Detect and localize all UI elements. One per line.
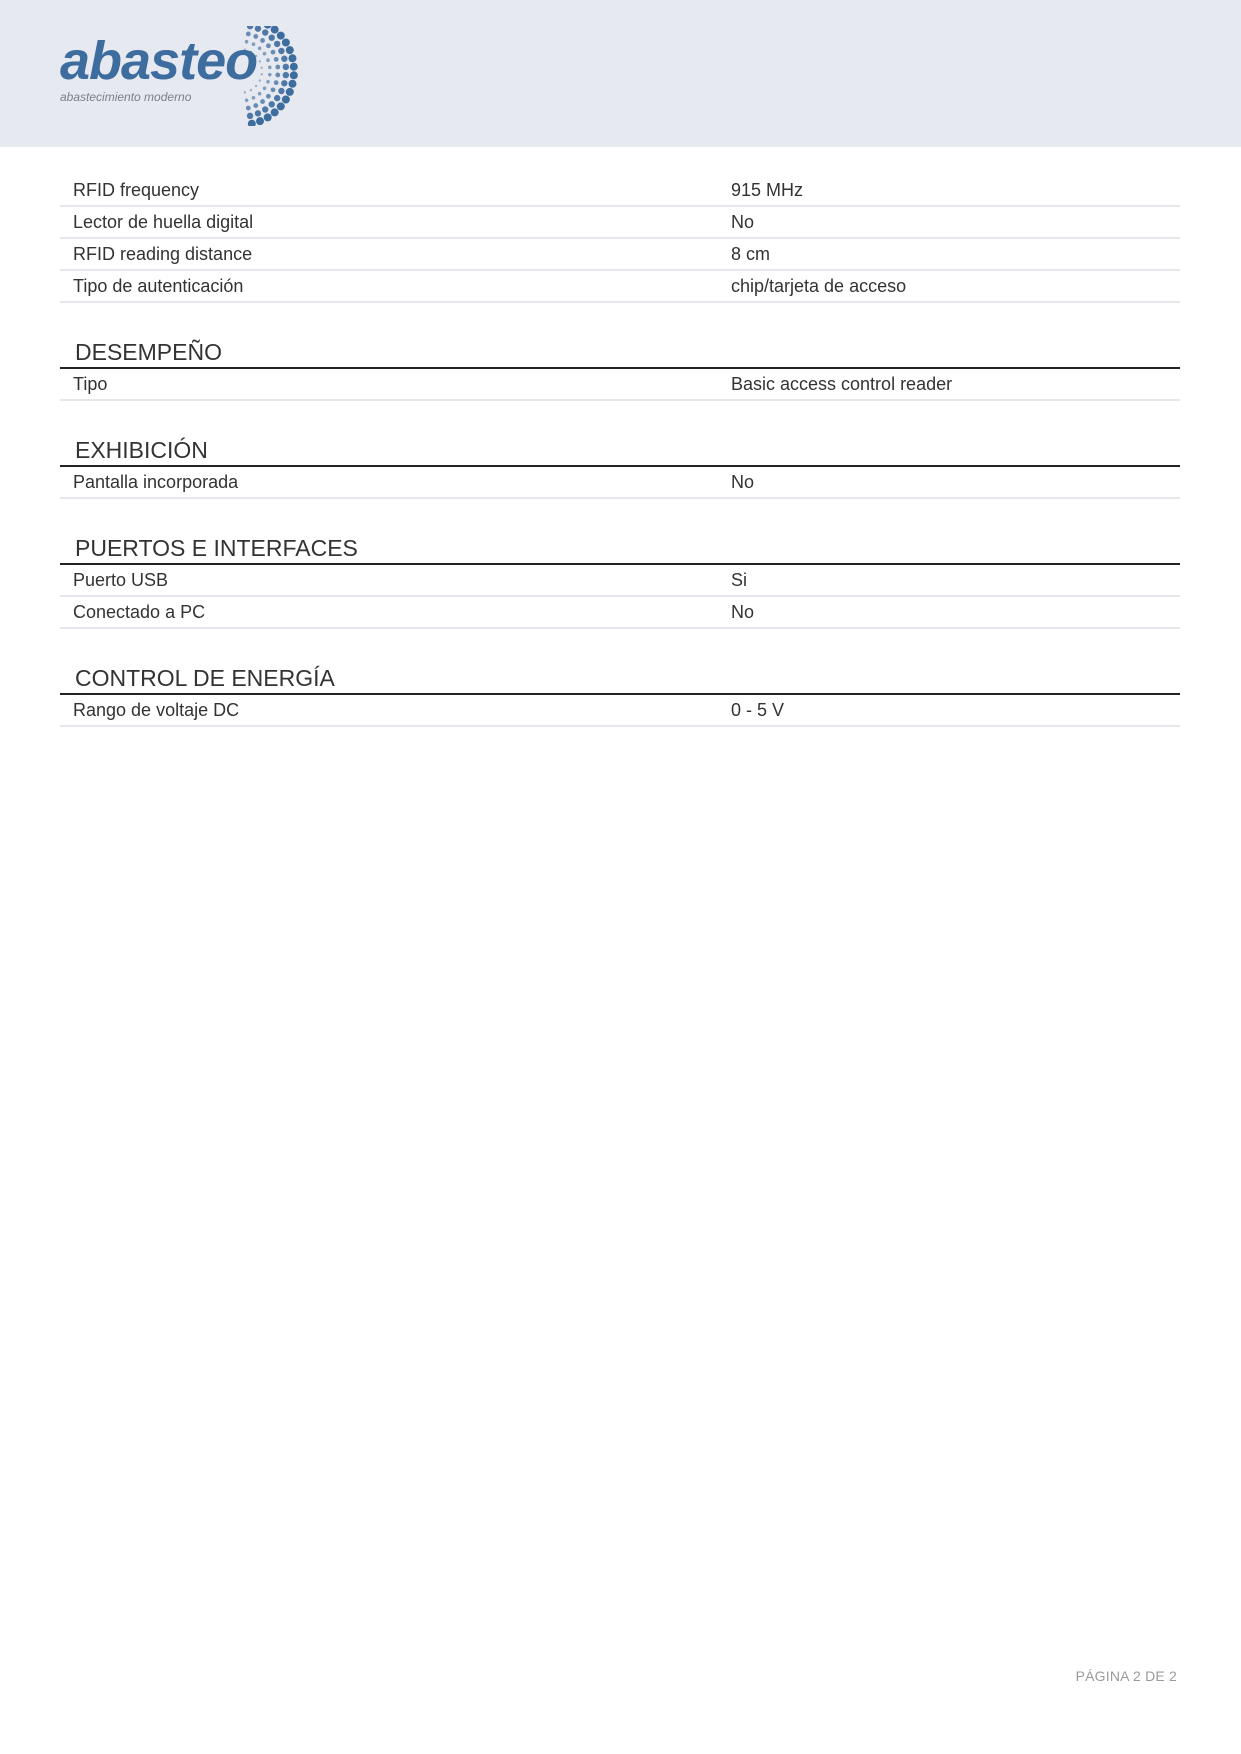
spec-row: RFID reading distance8 cm: [60, 239, 1180, 271]
spec-value: No: [731, 472, 1180, 493]
spec-sections: DESEMPEÑOTipoBasic access control reader…: [60, 337, 1180, 727]
spec-row: Conectado a PCNo: [60, 597, 1180, 629]
spec-row: Lector de huella digitalNo: [60, 207, 1180, 239]
spec-value: 0 - 5 V: [731, 700, 1180, 721]
spec-value: chip/tarjeta de acceso: [731, 276, 1180, 297]
spec-label: Rango de voltaje DC: [60, 700, 731, 721]
spec-value: Si: [731, 570, 1180, 591]
spec-section: CONTROL DE ENERGÍARango de voltaje DC0 -…: [60, 663, 1180, 727]
spec-row: Pantalla incorporadaNo: [60, 467, 1180, 499]
spec-label: Tipo: [60, 374, 731, 395]
page-number: PÁGINA 2 DE 2: [1076, 1668, 1177, 1684]
spec-value: No: [731, 602, 1180, 623]
spec-section: EXHIBICIÓNPantalla incorporadaNo: [60, 435, 1180, 499]
spec-sheet: RFID frequency915 MHzLector de huella di…: [60, 175, 1180, 727]
section-title: CONTROL DE ENERGÍA: [60, 663, 1180, 695]
section-title: DESEMPEÑO: [60, 337, 1180, 369]
spec-row: TipoBasic access control reader: [60, 369, 1180, 401]
section-title: EXHIBICIÓN: [60, 435, 1180, 467]
spec-value: Basic access control reader: [731, 374, 1180, 395]
spec-row: Rango de voltaje DC0 - 5 V: [60, 695, 1180, 727]
header-band: abasteo abastecimiento moderno: [0, 0, 1241, 147]
spec-label: Tipo de autenticación: [60, 276, 731, 297]
spec-row: Puerto USBSi: [60, 565, 1180, 597]
dotted-sunburst-logo-icon: [210, 26, 310, 126]
spec-row: Tipo de autenticaciónchip/tarjeta de acc…: [60, 271, 1180, 303]
spec-label: RFID reading distance: [60, 244, 731, 265]
spec-table-intro: RFID frequency915 MHzLector de huella di…: [60, 175, 1180, 303]
logo-tagline: abastecimiento moderno: [60, 90, 191, 104]
brand-logo: abasteo abastecimiento moderno: [60, 26, 300, 126]
spec-label: Pantalla incorporada: [60, 472, 731, 493]
spec-value: 915 MHz: [731, 180, 1180, 201]
spec-section: DESEMPEÑOTipoBasic access control reader: [60, 337, 1180, 401]
spec-value: No: [731, 212, 1180, 233]
spec-label: RFID frequency: [60, 180, 731, 201]
spec-value: 8 cm: [731, 244, 1180, 265]
spec-label: Lector de huella digital: [60, 212, 731, 233]
spec-section: PUERTOS E INTERFACESPuerto USBSiConectad…: [60, 533, 1180, 629]
section-title: PUERTOS E INTERFACES: [60, 533, 1180, 565]
spec-label: Conectado a PC: [60, 602, 731, 623]
spec-row: RFID frequency915 MHz: [60, 175, 1180, 207]
spec-label: Puerto USB: [60, 570, 731, 591]
